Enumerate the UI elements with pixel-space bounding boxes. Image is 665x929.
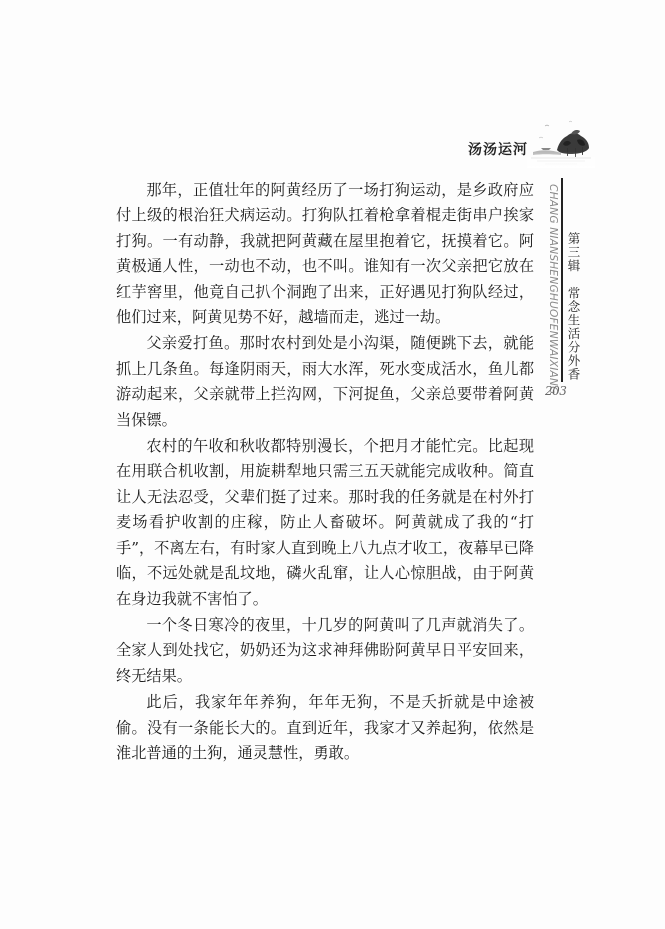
paragraph: 那年，正值壮年的阿黄经历了一场打狗运动，是乡政府应付上级的根治狂犬病运动。打狗队… xyxy=(116,178,534,330)
paragraph: 一个冬日寒冷的夜里，十几岁的阿黄叫了几声就消失了。全家人到处找它，奶奶还为这求神… xyxy=(116,613,534,689)
book-title: 汤汤运河 xyxy=(468,139,528,159)
paragraph: 此后，我家年年养狗，年年无狗，不是夭折就是中途被偷。没有一条能长大的。直到近年，… xyxy=(116,690,534,766)
vertical-divider xyxy=(561,178,563,382)
chapter-title: 常念生活分外香 xyxy=(566,287,581,382)
chapter-label: 第三辑 xyxy=(566,232,581,273)
ink-landscape-illustration xyxy=(527,118,595,168)
article-body: 那年，正值壮年的阿黄经历了一场打狗运动，是乡政府应付上级的根治狂犬病运动。打狗队… xyxy=(116,178,534,767)
section-pinyin: CHANG NIANSHENGHUOFENWAIXIANG xyxy=(545,184,559,376)
paragraph: 父亲爱打鱼。那时农村到处是小沟渠，随便跳下去，就能抓上几条鱼。每逢阴雨天，雨大水… xyxy=(116,331,534,433)
paragraph: 农村的午收和秋收都特别漫长，个把月才能忙完。比起现在用联合机收割，用旋耕犁地只需… xyxy=(116,434,534,612)
section-heading: 第三辑常念生活分外香 xyxy=(566,232,582,381)
book-page: 汤汤运河 那年，正值壮年的阿黄经历了一场打狗运动，是乡政府应付上级的根治狂犬 xyxy=(0,0,665,929)
page-number: 203 xyxy=(545,384,566,398)
